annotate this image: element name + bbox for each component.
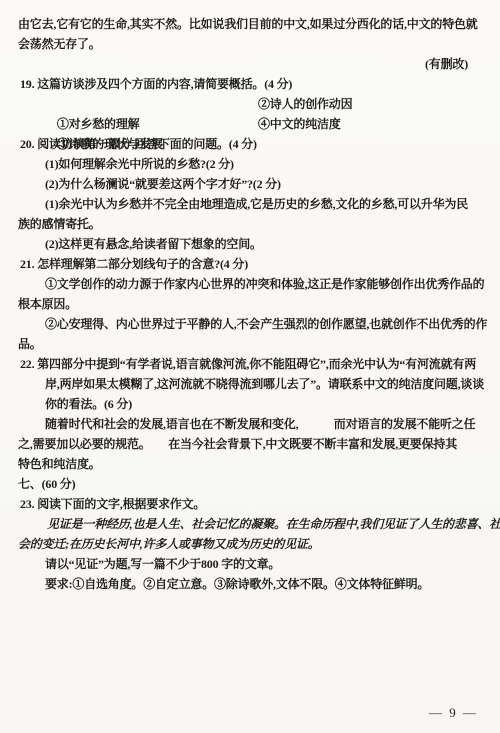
- q20-answer2-line: (2)这样更有悬念,给读者留下想象的空间。: [18, 234, 500, 254]
- page-number: — 9 —: [429, 705, 478, 721]
- q20-answer1-line: (1)余光中认为乡愁并不完全由地理造成,它是历史的乡愁,文化的乡愁,可以升华为民: [18, 194, 500, 214]
- q21-stem: 21. 怎样理解第二部分划线句子的含意?(4 分): [18, 254, 500, 274]
- q23-requirements: 要求:①自选角度。②自定立意。③除诗歌外,文体不限。④文体特征鲜明。: [18, 574, 500, 594]
- q19-point-2: ②诗人的创作动因: [258, 94, 352, 114]
- q19-stem: 19. 这篇访谈涉及四个方面的内容,请简要概括。(4 分): [18, 74, 500, 94]
- q21-answer1-line: ①文学创作的动力源于作家内心世界的冲突和体验,这正是作家能够创作出优秀作品的: [18, 274, 500, 294]
- q20-subquestion-1: (1)如何理解余光中所说的乡愁?(2 分): [18, 154, 500, 174]
- passage-line: 会荡然无存了。: [18, 34, 500, 54]
- q22-answer-line: 特色和纯洁度。: [18, 454, 500, 474]
- q20-answer1-line: 族的感情寄托。: [18, 214, 500, 234]
- q21-answer1-line: 根本原因。: [18, 294, 500, 314]
- section-7-heading: 七、(60 分): [18, 474, 500, 494]
- q22-stem-line: 你的看法。(6 分): [18, 394, 500, 414]
- q23-title-instruction: 请以“见证”为题,写一篇不少于800 字的文章。: [18, 554, 500, 574]
- q21-answer2-line: 品。: [18, 334, 500, 354]
- q22-answer-line: 之,需要加以必要的规范。 在当今社会背景下,中文既要不断丰富和发展,更要保持其: [18, 434, 500, 454]
- q23-prompt-line: 见证是一种经历,也是人生、社会记忆的凝聚。在生命历程中,我们见证了人生的悲喜、社: [18, 514, 500, 534]
- exam-body: 由它去,它有它的生命,其实不然。比如说我们目前的中文,如果过分西化的话,中文的特…: [18, 14, 500, 594]
- q22-stem-line: 岸,两岸如果太模糊了,这河流就不晓得流到哪儿去了”。请联系中文的纯洁度问题,谈谈: [18, 374, 500, 394]
- q19-answer-row: ①对乡愁的理解 ②诗人的创作动因: [18, 94, 500, 114]
- q19-point-3: ③诗歌的现状与发展: [57, 134, 163, 154]
- q23-stem: 23. 阅读下面的文字,根据要求作文。: [18, 494, 500, 514]
- exam-paper-page: 由它去,它有它的生命,其实不然。比如说我们目前的中文,如果过分西化的话,中文的特…: [0, 0, 500, 733]
- edit-note: (有删改): [18, 54, 500, 74]
- q20-subquestion-2: (2)为什么杨澜说“就要差这两个字才好”?(2 分): [18, 174, 500, 194]
- q22-answer-line: 随着时代和社会的发展,语言也在不断发展和变化, 而对语言的发展不能听之任: [18, 414, 500, 434]
- passage-line: 由它去,它有它的生命,其实不然。比如说我们目前的中文,如果过分西化的话,中文的特…: [18, 14, 500, 34]
- q19-point-4: ④中文的纯洁度: [258, 114, 341, 134]
- q23-prompt-line: 会的变迁;在历史长河中,许多人或事物又成为历史的见证。: [18, 534, 500, 554]
- q19-answer-row: ③诗歌的现状与发展 ④中文的纯洁度: [18, 114, 500, 134]
- q22-stem-line: 22. 第四部分中提到“有学者说,语言就像河流,你不能阻碍它”,而余光中认为“有…: [18, 354, 500, 374]
- q21-answer2-line: ②心安理得、内心世界过于平静的人,不会产生强烈的创作愿望,也就创作不出优秀的作: [18, 314, 500, 334]
